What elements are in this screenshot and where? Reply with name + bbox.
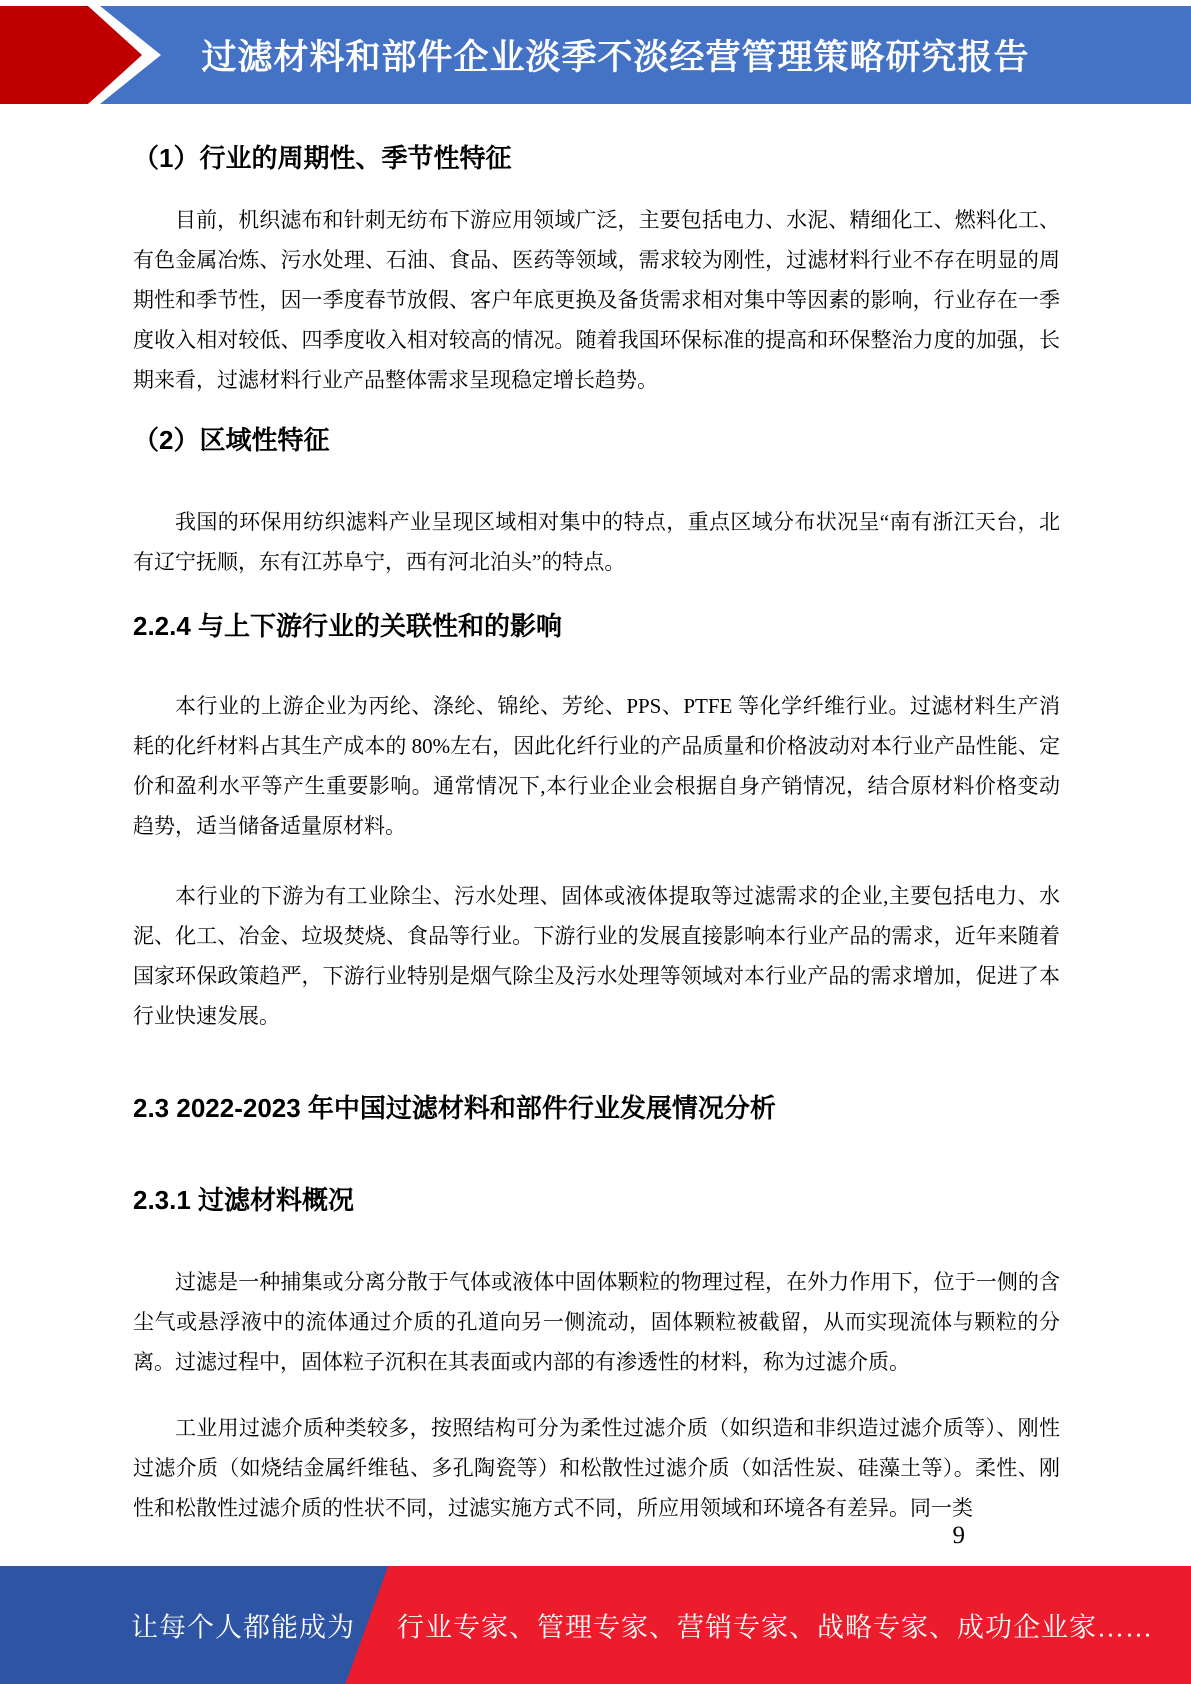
paragraph-filtration-process: 过滤是一种捕集或分离分散于气体或液体中固体颗粒的物理过程，在外力作用下，位于一侧…: [133, 1262, 1060, 1382]
paragraph-filter-media-types: 工业用过滤介质种类较多，按照结构可分为柔性过滤介质（如织造和非织造过滤介质等）、…: [133, 1408, 1060, 1528]
heading-regional-characteristics: （2）区域性特征: [133, 422, 1060, 458]
footer-slogan-right: 行业专家、管理专家、营销专家、战略专家、成功企业家……: [397, 1606, 1153, 1645]
heading-2-2-4-upstream-downstream: 2.2.4 与上下游行业的关联性和的影响: [133, 608, 1060, 644]
header-banner: 过滤材料和部件企业淡季不淡经营管理策略研究报告: [0, 6, 1191, 104]
heading-2-3-1-filter-material-overview: 2.3.1 过滤材料概况: [133, 1182, 1060, 1218]
paragraph-seasonality: 目前，机织滤布和针刺无纺布下游应用领域广泛，主要包括电力、水泥、精细化工、燃料化…: [133, 200, 1060, 400]
header-arrow-icon: [0, 6, 200, 104]
paragraph-upstream: 本行业的上游企业为丙纶、涤纶、锦纶、芳纶、PPS、PTFE 等化学纤维行业。过滤…: [133, 686, 1060, 846]
page-title: 过滤材料和部件企业淡季不淡经营管理策略研究报告: [161, 30, 1029, 80]
footer-banner: 让每个人都能成为 行业专家、管理专家、营销专家、战略专家、成功企业家……: [0, 1566, 1191, 1684]
paragraph-downstream: 本行业的下游为有工业除尘、污水处理、固体或液体提取等过滤需求的企业,主要包括电力…: [133, 876, 1060, 1036]
footer-slogan-left: 让每个人都能成为: [131, 1606, 355, 1645]
heading-seasonal-characteristics: （1）行业的周期性、季节性特征: [133, 140, 1060, 176]
document-body: （1）行业的周期性、季节性特征 目前，机织滤布和针刺无纺布下游应用领域广泛，主要…: [0, 140, 1191, 1550]
paragraph-regional: 我国的环保用纺织滤料产业呈现区域相对集中的特点，重点区域分布状况呈“南有浙江天台…: [133, 502, 1060, 582]
heading-2-3-industry-development: 2.3 2022-2023 年中国过滤材料和部件行业发展情况分析: [133, 1090, 1060, 1126]
report-page: { "header": { "title": "过滤材料和部件企业淡季不淡经营管…: [0, 0, 1191, 1684]
